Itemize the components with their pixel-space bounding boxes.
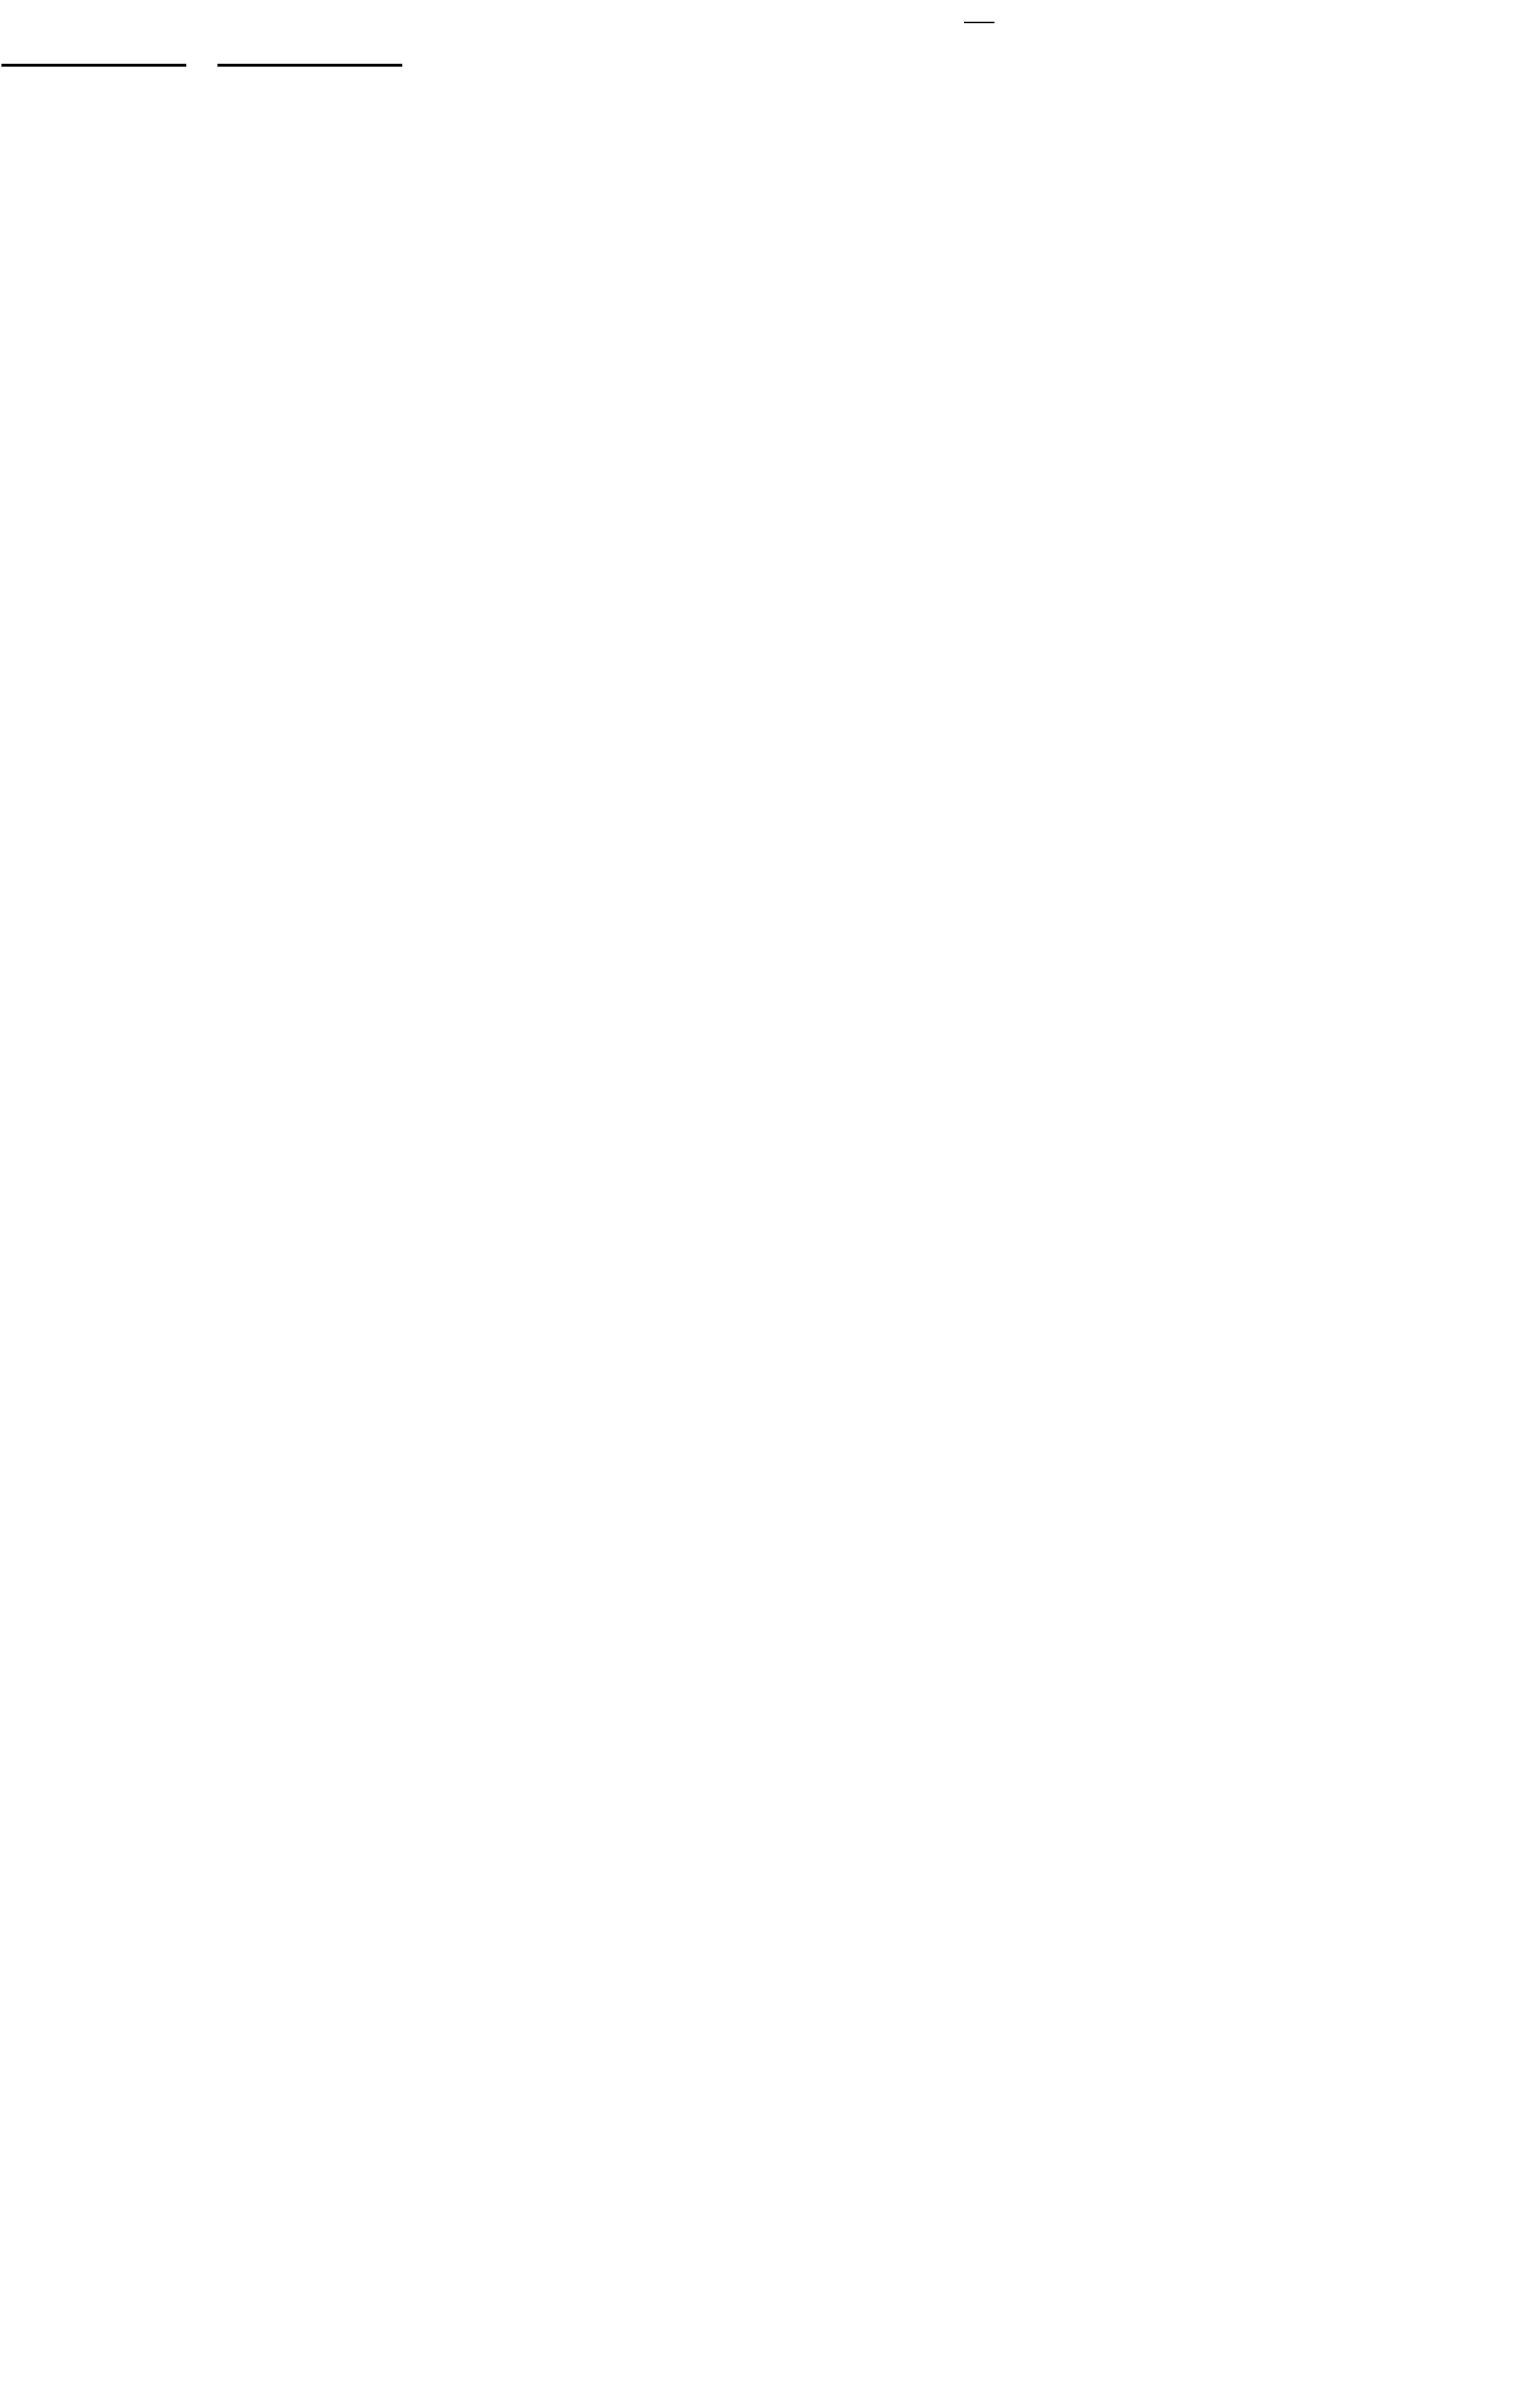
doctor-blank-line[interactable] (217, 64, 402, 67)
dept-blank-line[interactable] (1, 64, 186, 67)
meta-dept-blank[interactable] (964, 22, 994, 23)
